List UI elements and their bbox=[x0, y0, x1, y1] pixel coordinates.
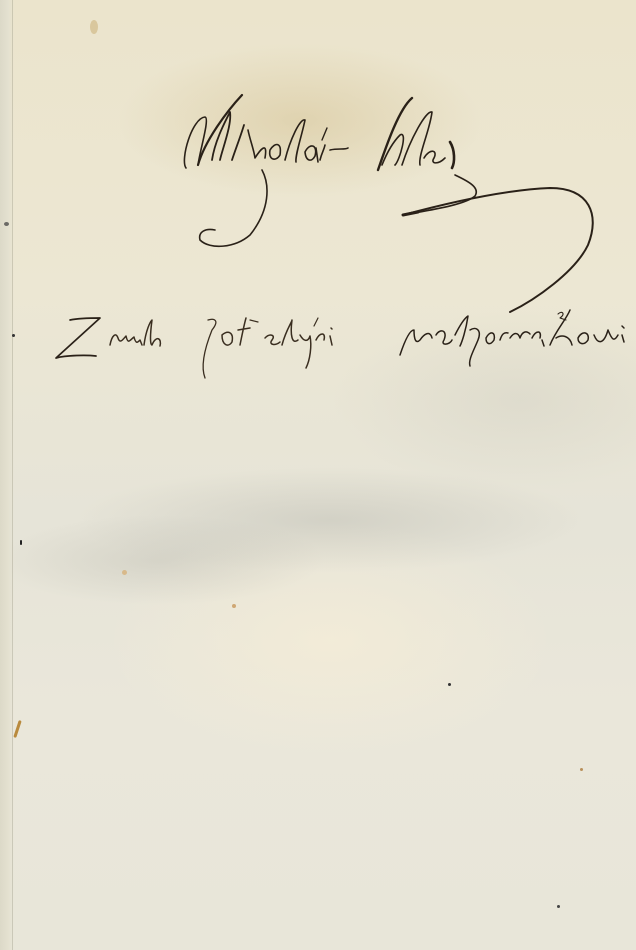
inscription bbox=[56, 310, 624, 378]
manuscript-page: Mikoláš Aleš Z knih potřebující nadporuč… bbox=[0, 0, 636, 950]
handwriting-layer bbox=[0, 0, 636, 950]
signature bbox=[184, 95, 592, 312]
